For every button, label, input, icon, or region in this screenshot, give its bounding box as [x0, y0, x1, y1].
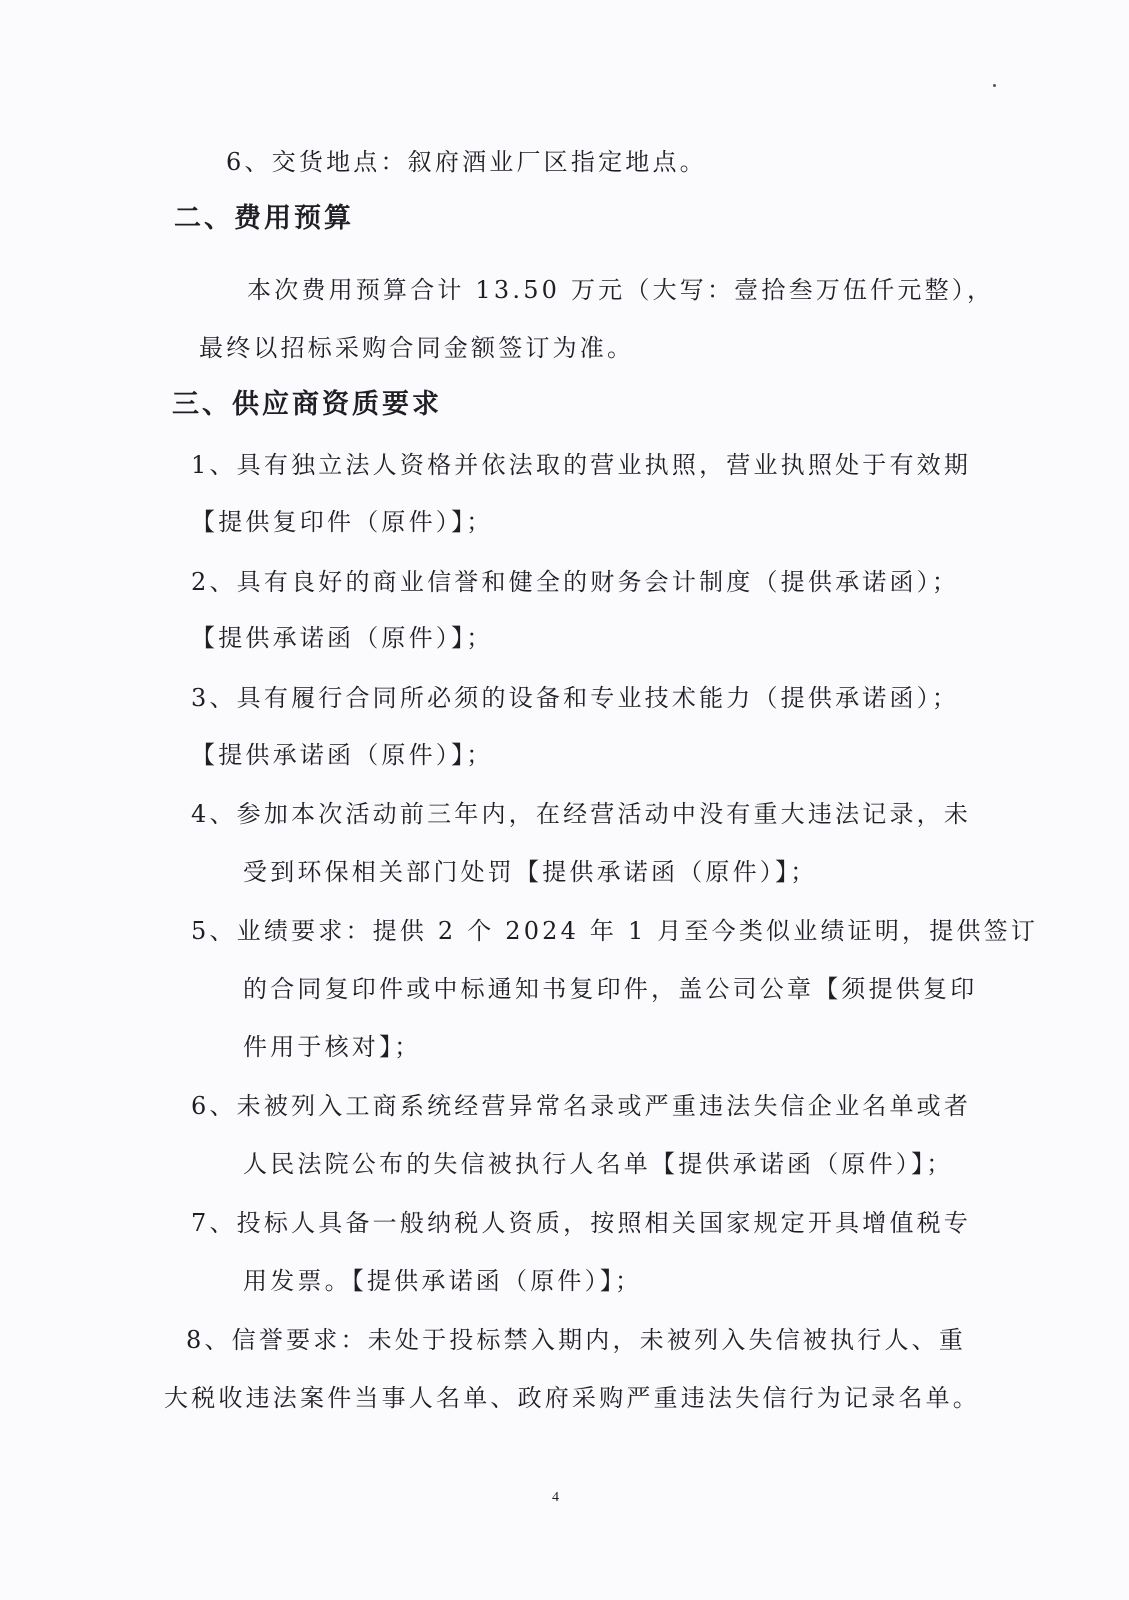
page-number: 4: [552, 1490, 559, 1506]
requirement-1-line-2: 【提供复印件（原件）】；: [191, 507, 493, 537]
requirement-1-line-1: 1、具有独立法人资格并依法取的营业执照，营业执照处于有效期: [191, 450, 971, 480]
requirement-3-line-2: 【提供承诺函（原件）】；: [191, 740, 493, 770]
requirement-4-line-2: 受到环保相关部门处罚【提供承诺函（原件）】；: [243, 857, 817, 887]
scan-speck: [993, 84, 996, 87]
requirement-8-line-1: 8、信誉要求：未处于投标禁入期内，未被列入失信被执行人、重: [186, 1325, 966, 1355]
document-page: 6、交货地点：叙府酒业厂区指定地点。 二、费用预算 本次费用预算合计 13.50…: [0, 0, 1129, 1600]
requirement-2-line-2: 【提供承诺函（原件）】；: [191, 623, 493, 653]
section-heading-budget: 二、费用预算: [174, 204, 354, 234]
requirement-7-line-1: 7、投标人具备一般纳税人资质，按照相关国家规定开具增值税专: [191, 1208, 971, 1238]
requirement-8-line-2: 大税收违法案件当事人名单、政府采购严重违法失信行为记录名单。: [164, 1383, 980, 1413]
budget-paragraph-line-1: 本次费用预算合计 13.50 万元（大写：壹拾叁万伍仟元整），: [247, 275, 994, 305]
requirement-2-line-1: 2、具有良好的商业信誉和健全的财务会计制度（提供承诺函）；: [191, 567, 959, 597]
requirement-6-line-1: 6、未被列入工商系统经营异常名录或严重违法失信企业名单或者: [191, 1091, 971, 1121]
requirement-7-line-2: 用发票。【提供承诺函（原件）】；: [243, 1266, 642, 1296]
requirement-4-line-1: 4、参加本次活动前三年内，在经营活动中没有重大违法记录，未: [191, 799, 971, 829]
section-heading-supplier-qualifications: 三、供应商资质要求: [172, 390, 442, 420]
delivery-location-item: 6、交货地点：叙府酒业厂区指定地点。: [226, 147, 707, 177]
requirement-6-line-2: 人民法院公布的失信被执行人名单【提供承诺函（原件）】；: [243, 1149, 953, 1179]
budget-paragraph-line-2: 最终以招标采购合同金额签订为准。: [199, 333, 634, 363]
requirement-3-line-1: 3、具有履行合同所必须的设备和专业技术能力（提供承诺函）；: [191, 683, 959, 713]
requirement-5-line-3: 件用于核对】；: [243, 1032, 421, 1062]
requirement-5-line-1: 5、业绩要求：提供 2 个 2024 年 1 月至今类似业绩证明，提供签订: [191, 916, 1038, 946]
requirement-5-line-2: 的合同复印件或中标通知书复印件，盖公司公章【须提供复印: [243, 974, 977, 1004]
